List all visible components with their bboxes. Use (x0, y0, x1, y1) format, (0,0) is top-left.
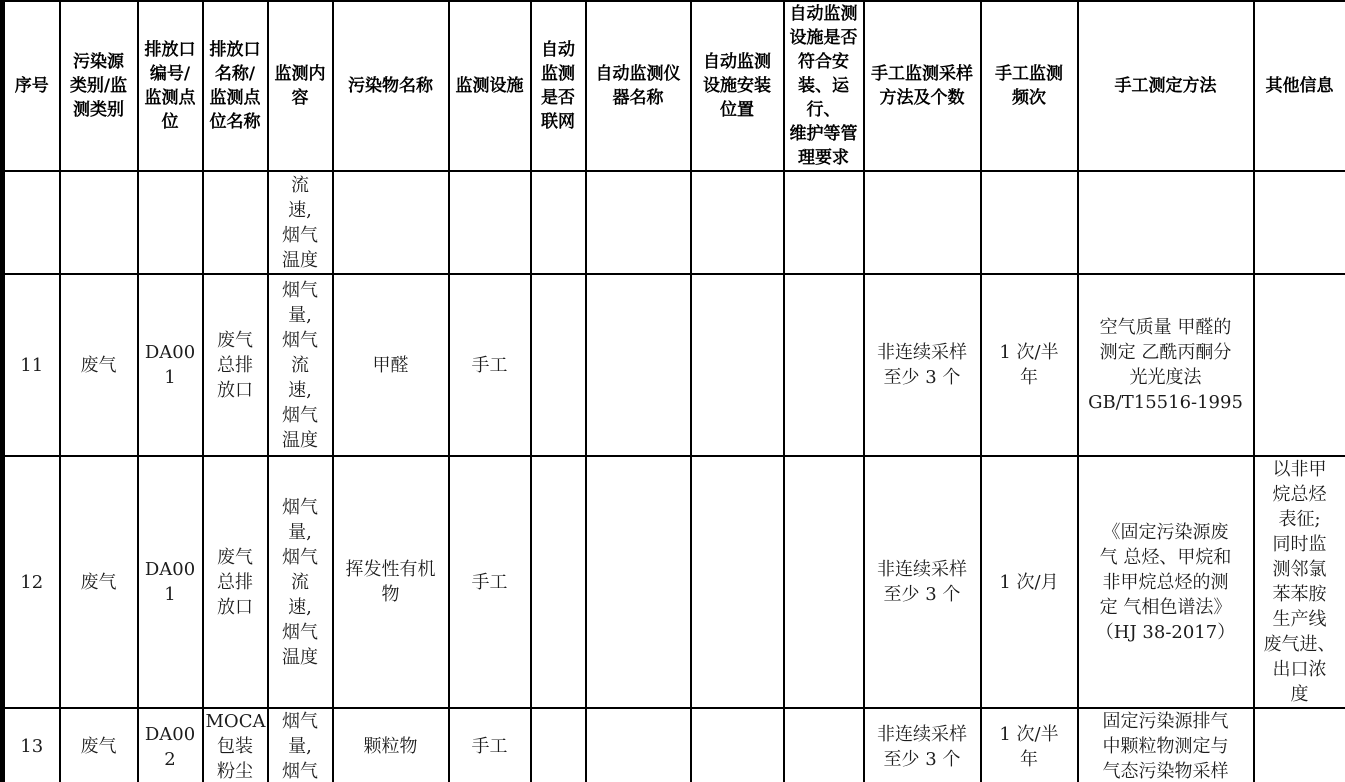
cell-auto-compliance (784, 708, 864, 782)
cell-monitor-facility: 手工 (449, 274, 531, 456)
cell-outlet-number: DA00 2 (138, 708, 203, 782)
header-cell-auto-networked: 自动 监测 是否 联网 (531, 1, 586, 171)
header-cell-manual-frequency: 手工监测 频次 (981, 1, 1078, 171)
table-row: 13废气DA00 2MOCA 包装 粉尘烟气 量, 烟气颗粒物手工非连续采样 至… (3, 708, 1345, 782)
cell-seq: 11 (3, 274, 60, 456)
cell-seq: 13 (3, 708, 60, 782)
cell-auto-compliance (784, 171, 864, 274)
cell-source-category (60, 171, 138, 274)
cell-seq (3, 171, 60, 274)
header-cell-auto-instrument: 自动监测仪 器名称 (586, 1, 691, 171)
cell-auto-location (691, 708, 784, 782)
cell-pollutant-name: 甲醛 (333, 274, 449, 456)
cell-auto-compliance (784, 456, 864, 708)
table-row: 流 速, 烟气 温度 (3, 171, 1345, 274)
cell-monitor-content: 烟气 量, 烟气 流 速, 烟气 温度 (268, 274, 333, 456)
cell-auto-instrument (586, 274, 691, 456)
cell-source-category: 废气 (60, 708, 138, 782)
cell-pollutant-name (333, 171, 449, 274)
cell-outlet-name: 废气 总排 放口 (203, 456, 268, 708)
table-row: 11废气DA00 1废气 总排 放口烟气 量, 烟气 流 速, 烟气 温度甲醛手… (3, 274, 1345, 456)
cell-other-info (1254, 274, 1345, 456)
cell-manual-method: 固定污染源排气 中颗粒物测定与 气态污染物采样 (1078, 708, 1254, 782)
cell-auto-networked (531, 274, 586, 456)
cell-auto-location (691, 171, 784, 274)
cell-auto-compliance (784, 274, 864, 456)
cell-monitor-content: 烟气 量, 烟气 (268, 708, 333, 782)
table-header: 序号污染源 类别/监 测类别排放口 编号/ 监测点 位排放口 名称/ 监测点 位… (3, 1, 1345, 171)
cell-monitor-content: 流 速, 烟气 温度 (268, 171, 333, 274)
cell-auto-location (691, 456, 784, 708)
cell-manual-sampling: 非连续采样 至少 3 个 (864, 708, 981, 782)
cell-manual-sampling: 非连续采样 至少 3 个 (864, 456, 981, 708)
cell-outlet-name: MOCA 包装 粉尘 (203, 708, 268, 782)
cell-auto-networked (531, 456, 586, 708)
header-cell-seq: 序号 (3, 1, 60, 171)
cell-auto-networked (531, 171, 586, 274)
cell-auto-instrument (586, 456, 691, 708)
cell-source-category: 废气 (60, 456, 138, 708)
cell-manual-sampling: 非连续采样 至少 3 个 (864, 274, 981, 456)
cell-monitor-facility: 手工 (449, 708, 531, 782)
cell-outlet-number: DA00 1 (138, 274, 203, 456)
cell-monitor-facility: 手工 (449, 456, 531, 708)
header-cell-source-category: 污染源 类别/监 测类别 (60, 1, 138, 171)
cell-pollutant-name: 挥发性有机 物 (333, 456, 449, 708)
cell-outlet-name (203, 171, 268, 274)
cell-manual-frequency: 1 次/半 年 (981, 274, 1078, 456)
cell-source-category: 废气 (60, 274, 138, 456)
cell-outlet-name: 废气 总排 放口 (203, 274, 268, 456)
header-row: 序号污染源 类别/监 测类别排放口 编号/ 监测点 位排放口 名称/ 监测点 位… (3, 1, 1345, 171)
cell-manual-method (1078, 171, 1254, 274)
header-cell-pollutant-name: 污染物名称 (333, 1, 449, 171)
header-cell-monitor-content: 监测内 容 (268, 1, 333, 171)
cell-manual-frequency: 1 次/半 年 (981, 708, 1078, 782)
cell-other-info (1254, 708, 1345, 782)
cell-other-info (1254, 171, 1345, 274)
header-cell-outlet-number: 排放口 编号/ 监测点 位 (138, 1, 203, 171)
monitoring-table: 序号污染源 类别/监 测类别排放口 编号/ 监测点 位排放口 名称/ 监测点 位… (0, 0, 1345, 782)
cell-auto-networked (531, 708, 586, 782)
cell-manual-method: 《固定污染源废 气 总烃、甲烷和 非甲烷总烃的测 定 气相色谱法》 （HJ 38… (1078, 456, 1254, 708)
cell-manual-frequency: 1 次/月 (981, 456, 1078, 708)
cell-manual-frequency (981, 171, 1078, 274)
header-cell-manual-sampling: 手工监测采样 方法及个数 (864, 1, 981, 171)
cell-monitor-content: 烟气 量, 烟气 流 速, 烟气 温度 (268, 456, 333, 708)
header-cell-manual-method: 手工测定方法 (1078, 1, 1254, 171)
header-cell-other-info: 其他信息 (1254, 1, 1345, 171)
cell-auto-location (691, 274, 784, 456)
cell-manual-sampling (864, 171, 981, 274)
table-body: 流 速, 烟气 温度11废气DA00 1废气 总排 放口烟气 量, 烟气 流 速… (3, 171, 1345, 782)
cell-auto-instrument (586, 708, 691, 782)
cell-monitor-facility (449, 171, 531, 274)
header-cell-outlet-name: 排放口 名称/ 监测点 位名称 (203, 1, 268, 171)
cell-outlet-number: DA00 1 (138, 456, 203, 708)
cell-manual-method: 空气质量 甲醛的 测定 乙酰丙酮分 光光度法 GB/T15516-1995 (1078, 274, 1254, 456)
table-row: 12废气DA00 1废气 总排 放口烟气 量, 烟气 流 速, 烟气 温度挥发性… (3, 456, 1345, 708)
cell-pollutant-name: 颗粒物 (333, 708, 449, 782)
header-cell-auto-location: 自动监测 设施安装 位置 (691, 1, 784, 171)
cell-seq: 12 (3, 456, 60, 708)
cell-outlet-number (138, 171, 203, 274)
cell-auto-instrument (586, 171, 691, 274)
header-cell-auto-compliance: 自动监测 设施是否 符合安 装、运行、 维护等管 理要求 (784, 1, 864, 171)
header-cell-monitor-facility: 监测设施 (449, 1, 531, 171)
document-page: 序号污染源 类别/监 测类别排放口 编号/ 监测点 位排放口 名称/ 监测点 位… (0, 0, 1345, 782)
cell-other-info: 以非甲 烷总烃 表征; 同时监 测邻氯 苯苯胺 生产线 废气进、 出口浓 度 (1254, 456, 1345, 708)
